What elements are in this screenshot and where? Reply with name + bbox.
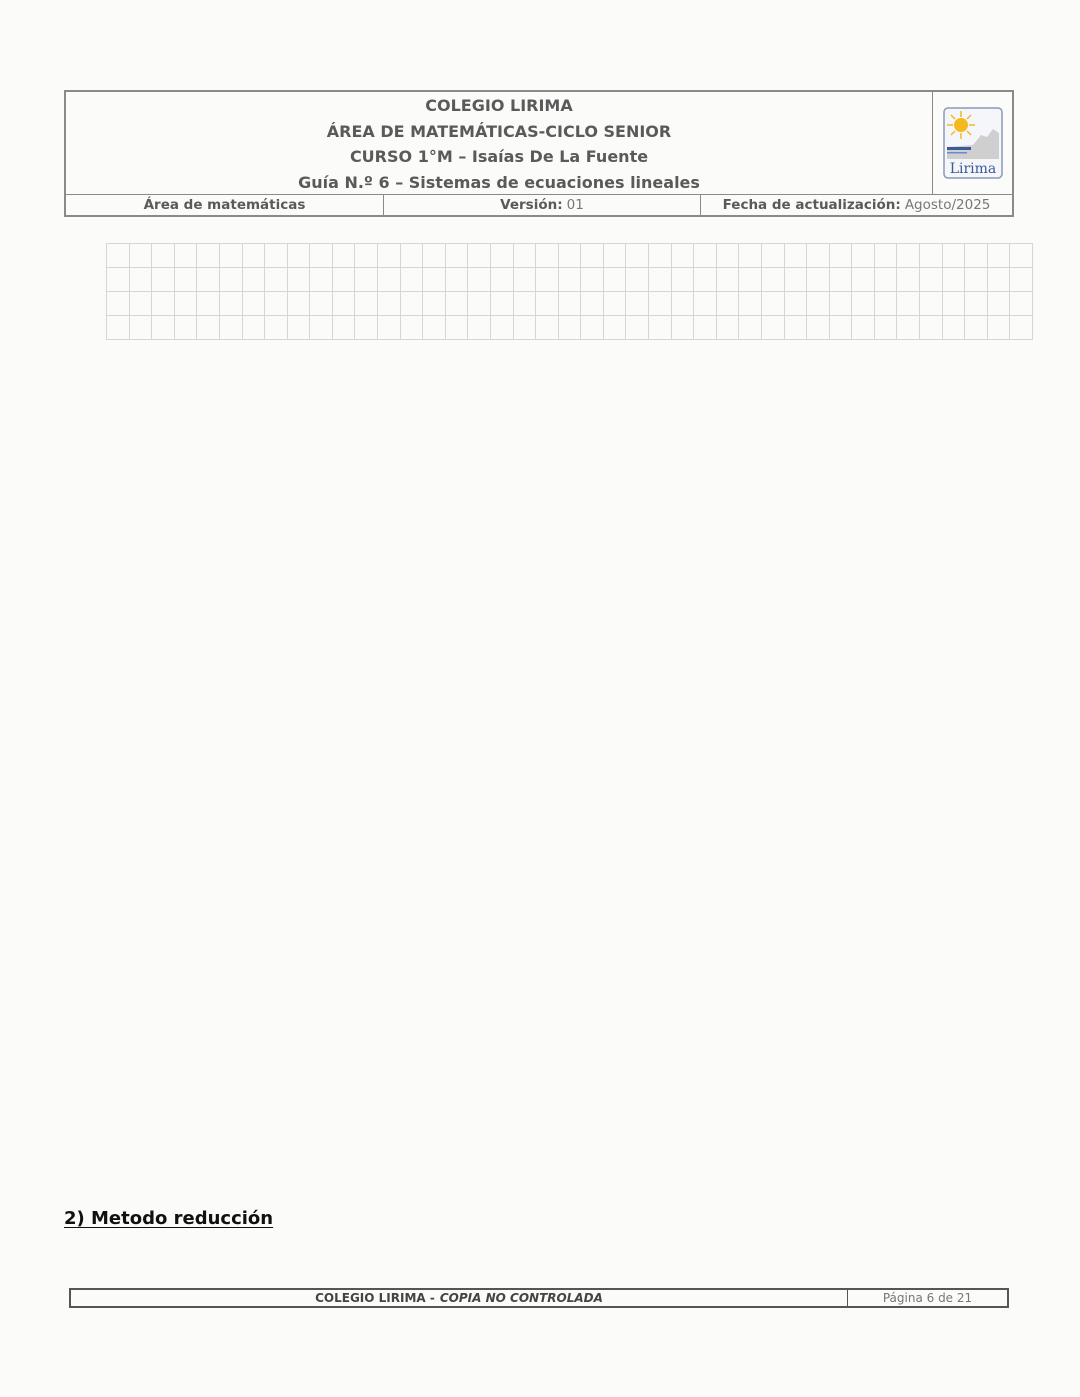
grid-cell — [310, 244, 333, 268]
grid-cell — [107, 292, 130, 316]
grid-cell — [243, 268, 266, 292]
grid-cell — [423, 268, 446, 292]
grid-cell — [672, 316, 695, 340]
grid-cell — [559, 268, 582, 292]
svg-text:Lirima: Lirima — [949, 161, 996, 177]
grid-cell — [920, 316, 943, 340]
grid-cell — [717, 268, 740, 292]
grid-cell — [920, 244, 943, 268]
grid-cell — [807, 316, 830, 340]
grid-cell — [355, 244, 378, 268]
grid-cell — [378, 268, 401, 292]
school-name: COLEGIO LIRIMA — [66, 92, 932, 118]
grid-cell — [355, 292, 378, 316]
grid-cell — [536, 268, 559, 292]
grid-cell — [401, 268, 424, 292]
footer-uncontrolled-copy: COPIA NO CONTROLADA — [440, 1291, 603, 1305]
grid-cell — [107, 244, 130, 268]
grid-cell — [107, 268, 130, 292]
grid-cell — [152, 244, 175, 268]
grid-cell — [604, 268, 627, 292]
grid-cell — [785, 292, 808, 316]
footer-school: COLEGIO LIRIMA - — [315, 1291, 435, 1305]
grid-cell — [988, 316, 1011, 340]
grid-cell — [807, 292, 830, 316]
grid-cell — [694, 316, 717, 340]
grid-cell — [875, 292, 898, 316]
grid-cell — [288, 244, 311, 268]
grid-cell — [288, 292, 311, 316]
grid-cell — [920, 268, 943, 292]
grid-cell — [581, 292, 604, 316]
grid-cell — [220, 316, 243, 340]
grid-cell — [536, 244, 559, 268]
grid-cell — [581, 268, 604, 292]
grid-cell — [943, 244, 966, 268]
grid-cell — [1010, 292, 1033, 316]
grid-cell — [920, 292, 943, 316]
grid-cell — [559, 244, 582, 268]
document-header: COLEGIO LIRIMA ÁREA DE MATEMÁTICAS-CICLO… — [64, 90, 1014, 217]
course-teacher: CURSO 1°M – Isaías De La Fuente — [66, 143, 932, 169]
grid-cell — [265, 244, 288, 268]
date-label: Fecha de actualización: — [723, 197, 901, 213]
grid-cell — [355, 268, 378, 292]
version-label: Versión: — [500, 197, 562, 213]
grid-cell — [220, 268, 243, 292]
grid-cell — [875, 268, 898, 292]
grid-cell — [988, 292, 1011, 316]
grid-cell — [446, 268, 469, 292]
grid-cell — [197, 268, 220, 292]
grid-cell — [785, 316, 808, 340]
grid-cell — [762, 316, 785, 340]
grid-cell — [739, 292, 762, 316]
grid-cell — [739, 268, 762, 292]
guide-title: Guía N.º 6 – Sistemas de ecuaciones line… — [66, 169, 932, 195]
grid-cell — [694, 268, 717, 292]
grid-cell — [265, 316, 288, 340]
grid-cell — [491, 268, 514, 292]
footer-copy-notice: COLEGIO LIRIMA - COPIA NO CONTROLADA — [71, 1290, 848, 1306]
grid-cell — [491, 316, 514, 340]
grid-cell — [378, 316, 401, 340]
grid-cell — [762, 268, 785, 292]
grid-cell — [175, 244, 198, 268]
grid-cell — [988, 244, 1011, 268]
grid-cell — [265, 268, 288, 292]
grid-cell — [378, 292, 401, 316]
grid-cell — [220, 244, 243, 268]
grid-cell — [965, 244, 988, 268]
grid-cell — [536, 316, 559, 340]
grid-cell — [672, 244, 695, 268]
grid-cell — [897, 316, 920, 340]
date-cell: Fecha de actualización: Agosto/2025 — [701, 195, 1012, 215]
grid-cell — [401, 244, 424, 268]
grid-cell — [965, 268, 988, 292]
grid-cell — [355, 316, 378, 340]
header-titles: COLEGIO LIRIMA ÁREA DE MATEMÁTICAS-CICLO… — [66, 92, 933, 194]
grid-cell — [875, 316, 898, 340]
grid-cell — [807, 268, 830, 292]
grid-cell — [310, 292, 333, 316]
grid-cell — [559, 316, 582, 340]
grid-cell — [514, 244, 537, 268]
grid-cell — [649, 268, 672, 292]
grid-cell — [559, 292, 582, 316]
grid-cell — [130, 316, 153, 340]
page-footer: COLEGIO LIRIMA - COPIA NO CONTROLADA Pág… — [69, 1288, 1009, 1308]
grid-cell — [626, 292, 649, 316]
squared-answer-grid — [106, 243, 1033, 340]
grid-cell — [514, 268, 537, 292]
grid-cell — [423, 292, 446, 316]
grid-cell — [807, 244, 830, 268]
grid-cell — [130, 244, 153, 268]
grid-cell — [130, 268, 153, 292]
lirima-logo-icon: Lirima — [943, 107, 1003, 179]
header-top-row: COLEGIO LIRIMA ÁREA DE MATEMÁTICAS-CICLO… — [66, 92, 1012, 195]
grid-cell — [762, 292, 785, 316]
grid-cell — [401, 316, 424, 340]
grid-cell — [739, 244, 762, 268]
grid-cell — [468, 244, 491, 268]
grid-cell — [581, 316, 604, 340]
grid-cell — [536, 292, 559, 316]
grid-cell — [1010, 244, 1033, 268]
grid-cell — [694, 292, 717, 316]
grid-cell — [107, 316, 130, 340]
grid-cell — [468, 268, 491, 292]
grid-cell — [197, 316, 220, 340]
logo-cell: Lirima — [933, 92, 1012, 194]
grid-cell — [175, 316, 198, 340]
grid-cell — [265, 292, 288, 316]
grid-cell — [468, 292, 491, 316]
grid-cell — [378, 244, 401, 268]
grid-cell — [897, 244, 920, 268]
grid-cell — [852, 292, 875, 316]
grid-cell — [288, 268, 311, 292]
grid-cell — [152, 268, 175, 292]
grid-cell — [491, 244, 514, 268]
grid-cell — [288, 316, 311, 340]
section-title: 2) Metodo reducción — [64, 1208, 273, 1229]
grid-cell — [1010, 316, 1033, 340]
grid-cell — [897, 268, 920, 292]
grid-cell — [649, 292, 672, 316]
area-cycle: ÁREA DE MATEMÁTICAS-CICLO SENIOR — [66, 118, 932, 144]
grid-cell — [739, 316, 762, 340]
grid-cell — [852, 268, 875, 292]
grid-cell — [197, 292, 220, 316]
grid-cell — [762, 244, 785, 268]
grid-cell — [514, 292, 537, 316]
grid-cell — [717, 244, 740, 268]
grid-cell — [333, 268, 356, 292]
grid-cell — [830, 268, 853, 292]
grid-cell — [626, 244, 649, 268]
grid-cell — [130, 292, 153, 316]
grid-cell — [626, 316, 649, 340]
grid-cell — [897, 292, 920, 316]
grid-cell — [333, 292, 356, 316]
grid-cell — [514, 316, 537, 340]
grid-cell — [672, 292, 695, 316]
grid-cell — [446, 292, 469, 316]
grid-cell — [468, 316, 491, 340]
grid-cell — [717, 292, 740, 316]
grid-cell — [717, 316, 740, 340]
grid-cell — [604, 244, 627, 268]
grid-cell — [785, 268, 808, 292]
grid-cell — [988, 268, 1011, 292]
area-cell: Área de matemáticas — [66, 195, 384, 215]
grid-cell — [243, 244, 266, 268]
grid-cell — [875, 244, 898, 268]
grid-cell — [152, 292, 175, 316]
grid-cell — [243, 316, 266, 340]
date-value: Agosto/2025 — [905, 197, 991, 213]
grid-cell — [401, 292, 424, 316]
grid-cell — [423, 244, 446, 268]
grid-cell — [175, 292, 198, 316]
grid-cell — [830, 292, 853, 316]
grid-cell — [333, 244, 356, 268]
grid-cell — [604, 316, 627, 340]
grid-cell — [220, 292, 243, 316]
grid-cell — [965, 292, 988, 316]
grid-cell — [310, 316, 333, 340]
grid-cell — [152, 316, 175, 340]
grid-cell — [310, 268, 333, 292]
grid-cell — [830, 244, 853, 268]
grid-cell — [649, 244, 672, 268]
grid-cell — [446, 244, 469, 268]
grid-cell — [943, 268, 966, 292]
grid-cell — [1010, 268, 1033, 292]
grid-cell — [830, 316, 853, 340]
grid-cell — [785, 244, 808, 268]
header-info-row: Área de matemáticas Versión: 01 Fecha de… — [66, 195, 1012, 215]
grid-cell — [333, 316, 356, 340]
grid-cell — [626, 268, 649, 292]
grid-cell — [852, 316, 875, 340]
grid-cell — [649, 316, 672, 340]
grid-cell — [197, 244, 220, 268]
grid-cell — [175, 268, 198, 292]
grid-cell — [694, 244, 717, 268]
grid-cell — [423, 316, 446, 340]
grid-cell — [852, 244, 875, 268]
grid-cell — [604, 292, 627, 316]
grid-cell — [943, 292, 966, 316]
grid-cell — [243, 292, 266, 316]
version-cell: Versión: 01 — [384, 195, 701, 215]
grid-cell — [581, 244, 604, 268]
page-number: Página 6 de 21 — [848, 1290, 1007, 1306]
grid-cell — [943, 316, 966, 340]
grid-cell — [446, 316, 469, 340]
grid-cell — [491, 292, 514, 316]
grid-cell — [965, 316, 988, 340]
grid-cell — [672, 268, 695, 292]
version-value: 01 — [567, 197, 584, 213]
